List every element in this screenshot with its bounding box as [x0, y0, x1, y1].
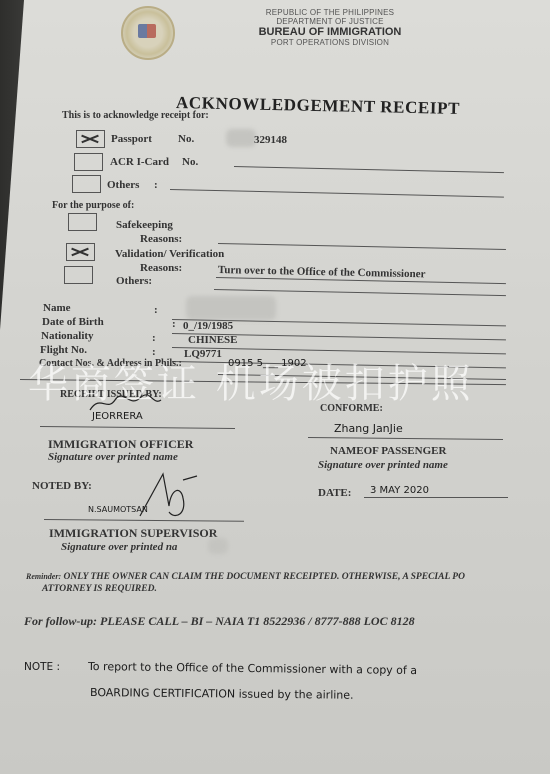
passport-number: 329148: [254, 134, 287, 146]
header-agency: BUREAU OF IMMIGRATION: [250, 26, 410, 38]
acr-no-label: No.: [182, 156, 198, 168]
supervisor-signature: [135, 468, 205, 523]
dob-value: 0_/19/1985: [183, 320, 233, 332]
validation-reasons-label: Reasons:: [140, 262, 182, 274]
name-redaction: [186, 296, 276, 320]
others-colon: :: [154, 179, 158, 191]
officer-title: IMMIGRATION OFFICER: [48, 437, 193, 452]
receipt-intro: This is to acknowledge receipt for:: [62, 110, 209, 121]
reminder-prefix: Reminder:: [26, 572, 61, 581]
name-colon: :: [154, 304, 158, 316]
note-label: NOTE :: [24, 661, 60, 673]
supervisor-subtitle: Signature over printed na: [61, 541, 177, 553]
bureau-seal-icon: [121, 6, 175, 60]
nationality-value: CHINESE: [188, 334, 238, 346]
purpose-intro: For the purpose of:: [52, 200, 134, 211]
date-value: 3 MAY 2020: [370, 485, 429, 496]
safekeeping-checkbox[interactable]: [68, 213, 97, 231]
supervisor-printed-name: N.SAUMOTSAN: [88, 505, 148, 514]
date-line: [364, 497, 508, 498]
note-line2: BOARDING CERTIFICATION issued by the air…: [90, 686, 354, 702]
noted-by-label: NOTED BY:: [32, 480, 92, 492]
validation-label: Validation/ Verification: [115, 248, 224, 260]
purpose-others-label: Others:: [116, 275, 152, 287]
passenger-sign-line: [308, 437, 503, 440]
purpose-others-checkbox[interactable]: [64, 266, 93, 284]
others-checkbox[interactable]: [72, 175, 101, 193]
supervisor-title: IMMIGRATION SUPERVISOR: [49, 526, 217, 541]
officer-subtitle: Signature over printed name: [48, 451, 178, 463]
dob-label: Date of Birth: [42, 316, 104, 328]
watermark-text: 华商签证 机场被扣护照: [28, 352, 474, 409]
passenger-subtitle: Signature over printed name: [318, 459, 448, 471]
date-label: DATE:: [318, 487, 351, 499]
reminder-text: ONLY THE OWNER CAN CLAIM THE DOCUMENT RE…: [63, 572, 464, 582]
passport-checkbox[interactable]: [76, 130, 105, 148]
passenger-printed-name: Zhang JanJie: [334, 422, 403, 435]
safekeeping-reasons-label: Reasons:: [140, 233, 182, 245]
dob-colon: :: [172, 318, 176, 330]
acr-number-line: [234, 166, 504, 173]
validation-checkbox[interactable]: [66, 243, 95, 261]
safekeeping-label: Safekeeping: [116, 219, 173, 231]
officer-printed-name: JEORRERA: [92, 411, 143, 422]
header-division: PORT OPERATIONS DIVISION: [250, 38, 410, 47]
nationality-label: Nationality: [41, 330, 94, 342]
follow-up-text: For follow-up: PLEASE CALL – BI – NAIA T…: [24, 614, 415, 629]
letterhead: REPUBLIC OF THE PHILIPPINES DEPARTMENT O…: [250, 8, 410, 47]
passport-label: Passport: [111, 133, 152, 145]
others-label: Others: [107, 179, 139, 191]
header-line1: REPUBLIC OF THE PHILIPPINES: [250, 8, 410, 17]
acr-card-label: ACR I-Card: [110, 156, 169, 168]
reminder-line1: Reminder: ONLY THE OWNER CAN CLAIM THE D…: [26, 572, 465, 582]
redaction: [226, 129, 256, 147]
header-line2: DEPARTMENT OF JUSTICE: [250, 17, 410, 26]
officer-sign-line: [40, 426, 235, 429]
note-line1: To report to the Office of the Commissio…: [88, 660, 417, 677]
name-label: Name: [43, 302, 71, 314]
passenger-title: NAMEOF PASSENGER: [330, 445, 446, 457]
others-line: [170, 189, 504, 198]
acr-card-checkbox[interactable]: [74, 153, 103, 171]
nationality-colon: :: [152, 332, 156, 344]
passport-no-label: No.: [178, 133, 194, 145]
reminder-line2: ATTORNEY IS REQUIRED.: [42, 584, 157, 594]
safekeeping-reasons-line: [218, 243, 506, 250]
supervisor-redaction: [208, 538, 228, 554]
document-title: ACKNOWLEDGEMENT RECEIPT: [176, 93, 460, 119]
